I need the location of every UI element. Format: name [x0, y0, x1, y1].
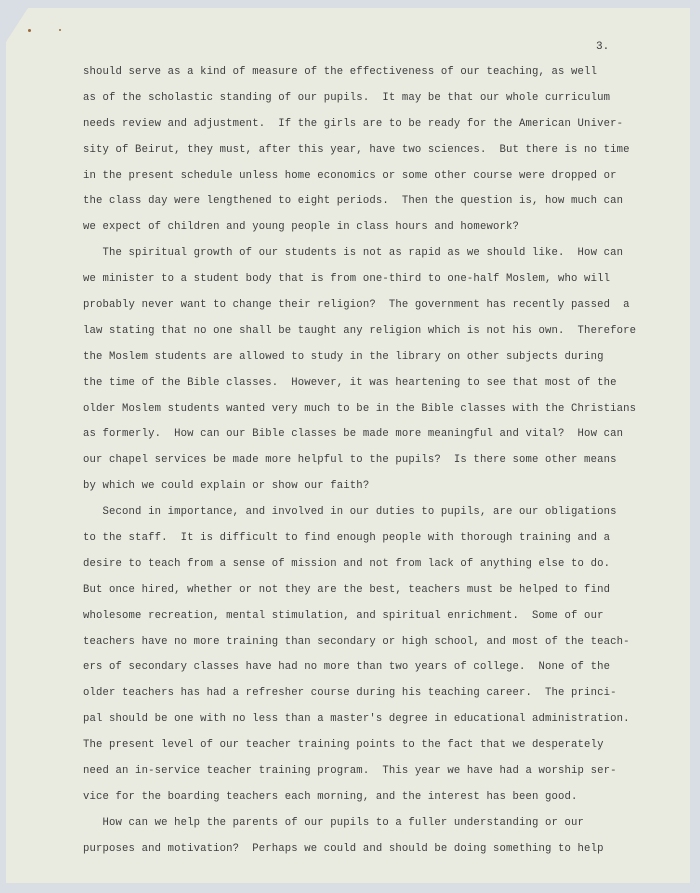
text-line: should serve as a kind of measure of the… [83, 60, 643, 86]
text-line: vice for the boarding teachers each morn… [83, 785, 643, 811]
text-line: teachers have no more training than seco… [83, 630, 643, 656]
text-line: in the present schedule unless home econ… [83, 164, 643, 190]
text-line: wholesome recreation, mental stimulation… [83, 604, 643, 630]
text-line: need an in-service teacher training prog… [83, 759, 643, 785]
text-line: pal should be one with no less than a ma… [83, 707, 643, 733]
text-line: Second in importance, and involved in ou… [83, 500, 643, 526]
text-line: probably never want to change their reli… [83, 293, 643, 319]
text-line: But once hired, whether or not they are … [83, 578, 643, 604]
text-line: we expect of children and young people i… [83, 215, 643, 241]
text-line: ers of secondary classes have had no mor… [83, 655, 643, 681]
text-line: older Moslem students wanted very much t… [83, 397, 643, 423]
text-line: we minister to a student body that is fr… [83, 267, 643, 293]
page-number: 3. [596, 41, 609, 53]
text-line: by which we could explain or show our fa… [83, 474, 643, 500]
text-line: our chapel services be made more helpful… [83, 448, 643, 474]
text-line: needs review and adjustment. If the girl… [83, 112, 643, 138]
staple-hole-mark [59, 29, 61, 31]
text-line: purposes and motivation? Perhaps we coul… [83, 837, 643, 863]
text-line: the Moslem students are allowed to study… [83, 345, 643, 371]
text-line: the class day were lengthened to eight p… [83, 189, 643, 215]
text-line: older teachers has had a refresher cours… [83, 681, 643, 707]
text-line: as formerly. How can our Bible classes b… [83, 422, 643, 448]
text-line: to the staff. It is difficult to find en… [83, 526, 643, 552]
text-line: the time of the Bible classes. However, … [83, 371, 643, 397]
text-line: The present level of our teacher trainin… [83, 733, 643, 759]
text-line: as of the scholastic standing of our pup… [83, 86, 643, 112]
text-line: sity of Beirut, they must, after this ye… [83, 138, 643, 164]
text-line: How can we help the parents of our pupil… [83, 811, 643, 837]
text-line: desire to teach from a sense of mission … [83, 552, 643, 578]
text-line: law stating that no one shall be taught … [83, 319, 643, 345]
document-body: should serve as a kind of measure of the… [83, 60, 643, 863]
rust-stain-mark [28, 29, 31, 32]
text-line: The spiritual growth of our students is … [83, 241, 643, 267]
